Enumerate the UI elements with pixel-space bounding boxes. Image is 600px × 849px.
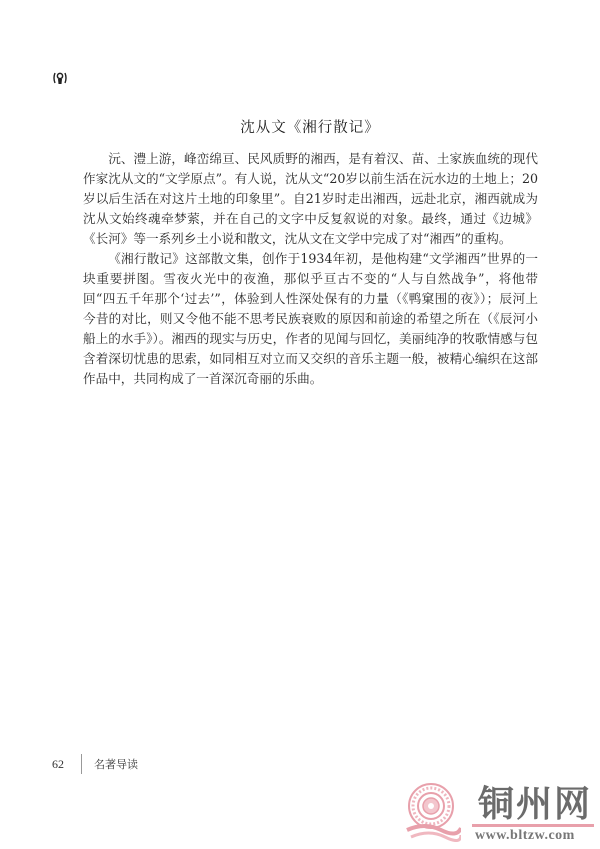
- footer-divider: [81, 754, 82, 774]
- watermark-underline: [472, 824, 594, 827]
- watermark-url: www.bltzw.com: [475, 828, 575, 844]
- paragraph-1: 沅、澧上游，峰峦绵亘、民风质野的湘西，是有着汉、苗、土家族血统的现代作家沈从文的…: [83, 149, 538, 249]
- page-footer: 62 名著导读: [43, 754, 138, 774]
- article-title: 沈从文《湘行散记》: [0, 116, 600, 137]
- watermark: 铜州网 www.bltzw.com: [400, 782, 600, 849]
- watermark-name: 铜州网: [478, 782, 592, 826]
- publisher-mark-icon: [52, 70, 68, 86]
- watermark-logo-icon: [405, 782, 461, 842]
- paragraph-2: 《湘行散记》这部散文集，创作于1934年初，是他构建“文学湘西”世界的一块重要拼…: [83, 249, 538, 389]
- page-number: 62: [43, 757, 73, 772]
- article-body: 沅、澧上游，峰峦绵亘、民风质野的湘西，是有着汉、苗、土家族血统的现代作家沈从文的…: [83, 149, 538, 389]
- book-title: 名著导读: [94, 756, 138, 772]
